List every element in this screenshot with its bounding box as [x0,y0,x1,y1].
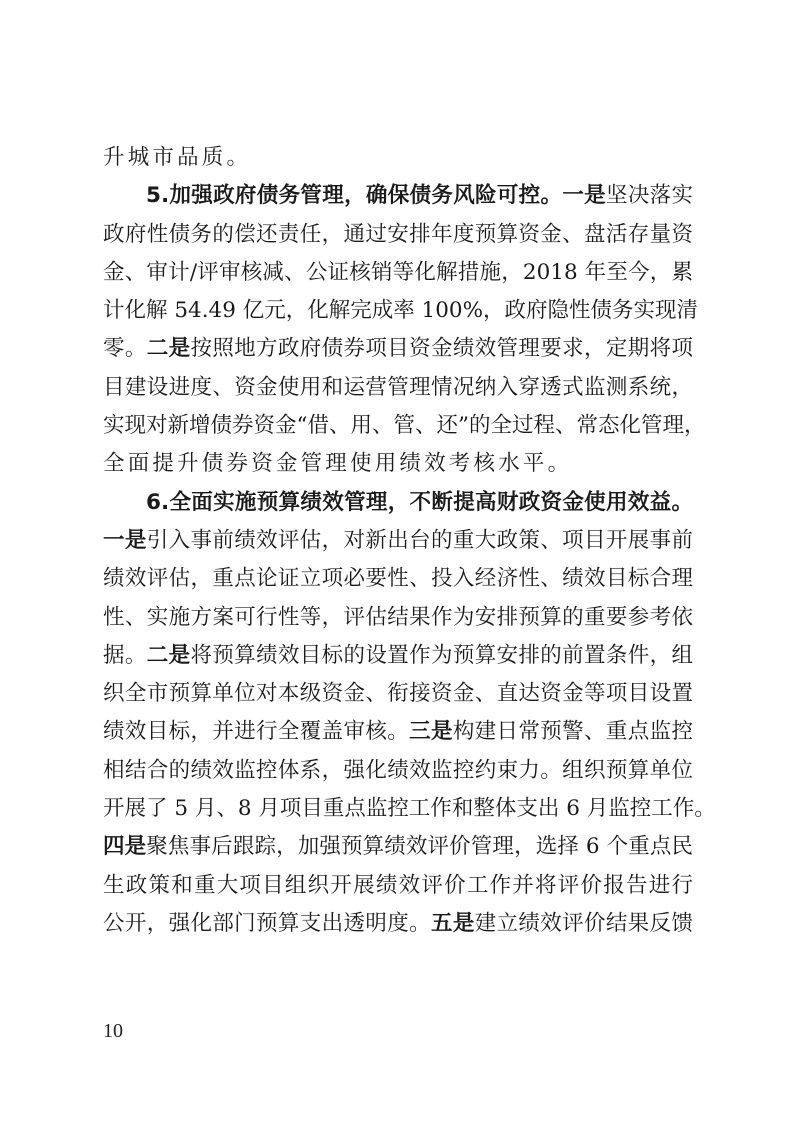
document-page: 升城市品质。 5.加强政府债务管理，确保债务风险可控。一是坚决落实 政府性债务的… [103,139,693,943]
body-text: 计化解 54.49 亿元，化解完成率 100%，政府隐性债务实现清 [103,298,698,323]
body-text: 构建日常预警、重点监控 [453,719,693,744]
body-text: 建立绩效评价结果反馈 [475,911,693,936]
body-text: 政府性债务的偿还责任，通过安排年度预算资金、盘活存量资 [103,222,693,247]
bold-label: 四是 [103,834,146,859]
paragraph-line: 金、审计/评审核减、公证核销等化解措施，2018 年至今，累 [103,254,693,292]
body-text: 相结合的绩效监控体系，强化绩效监控约束力。组织预算单位 [103,758,693,783]
paragraph-line: 四是聚焦事后跟踪，加强预算绩效评价管理，选择 6 个重点民 [103,828,693,866]
paragraph-line: 零。二是按照地方政府债券项目资金绩效管理要求，定期将项 [103,330,693,368]
body-text: 实现对新增债券资金“借、用、管、还”的全过程、常态化管理， [103,413,706,438]
paragraph-line: 生政策和重大项目组织开展绩效评价工作并将评价报告进行 [103,867,693,905]
paragraph-line: 升城市品质。 [103,139,693,177]
body-text: 全面提升债券资金管理使用绩效考核水平。 [103,451,572,476]
bold-label: 三是 [409,719,453,744]
paragraph-line: 性、实施方案可行性等，评估结果作为安排预算的重要参考依 [103,599,693,637]
body-text: 绩效评估，重点论证立项必要性、投入经济性、绩效目标合理 [103,566,693,591]
paragraph-line: 据。二是将预算绩效目标的设置作为预算安排的前置条件，组 [103,637,693,675]
heading-text: 6.全面实施预算绩效管理，不断提高财政资金使用效益。 [146,490,693,515]
section-heading-6: 6.全面实施预算绩效管理，不断提高财政资金使用效益。 [103,484,693,522]
body-text: 生政策和重大项目组织开展绩效评价工作并将评价报告进行 [103,873,693,898]
body-text: 金、审计/评审核减、公证核销等化解措施，2018 年至今，累 [103,260,693,285]
body-text: 升城市品质。 [103,145,251,170]
bold-label: 二是 [147,336,191,361]
bold-label: 五是 [431,911,475,936]
paragraph-line: 公开，强化部门预算支出透明度。五是建立绩效评价结果反馈 [103,905,693,943]
body-text: 公开，强化部门预算支出透明度。 [103,911,431,936]
bold-label: 二是 [147,643,191,668]
body-text: 聚焦事后跟踪，加强预算绩效评价管理，选择 6 个重点民 [146,834,693,859]
paragraph-line: 绩效评估，重点论证立项必要性、投入经济性、绩效目标合理 [103,560,693,598]
section-heading-5: 5.加强政府债务管理，确保债务风险可控。一是坚决落实 [103,177,693,215]
paragraph-line: 开展了 5 月、8 月项目重点监控工作和整体支出 6 月监控工作。 [103,790,693,828]
body-text: 开展了 5 月、8 月项目重点监控工作和整体支出 6 月监控工作。 [103,796,716,821]
body-text: 将预算绩效目标的设置作为预算安排的前置条件，组 [190,643,693,668]
paragraph-line: 一是引入事前绩效评估，对新出台的重大政策、项目开展事前 [103,522,693,560]
paragraph-line: 政府性债务的偿还责任，通过安排年度预算资金、盘活存量资 [103,216,693,254]
body-text: 性、实施方案可行性等，评估结果作为安排预算的重要参考依 [103,605,693,630]
paragraph-line: 计化解 54.49 亿元，化解完成率 100%，政府隐性债务实现清 [103,292,693,330]
body-text: 织全市预算单位对本级资金、衔接资金、直达资金等项目设置 [103,681,693,706]
paragraph-line: 绩效目标，并进行全覆盖审核。三是构建日常预警、重点监控 [103,713,693,751]
paragraph-line: 全面提升债券资金管理使用绩效考核水平。 [103,445,693,483]
page-number: 10 [103,1020,123,1043]
body-text: 据。 [103,643,147,668]
body-text: 按照地方政府债券项目资金绩效管理要求，定期将项 [190,336,693,361]
paragraph-line: 织全市预算单位对本级资金、衔接资金、直达资金等项目设置 [103,675,693,713]
body-text: 绩效目标，并进行全覆盖审核。 [103,719,409,744]
paragraph-line: 目建设进度、资金使用和运营管理情况纳入穿透式监测系统， [103,369,693,407]
paragraph-line: 相结合的绩效监控体系，强化绩效监控约束力。组织预算单位 [103,752,693,790]
bold-label: 一是 [103,528,147,553]
heading-text: 5.加强政府债务管理，确保债务风险可控。一是 [146,183,606,208]
body-text: 坚决落实 [606,183,693,208]
body-text: 零。 [103,336,147,361]
body-text: 引入事前绩效评估，对新出台的重大政策、项目开展事前 [147,528,693,553]
paragraph-line: 实现对新增债券资金“借、用、管、还”的全过程、常态化管理， [103,407,693,445]
body-text: 目建设进度、资金使用和运营管理情况纳入穿透式监测系统， [103,375,693,400]
